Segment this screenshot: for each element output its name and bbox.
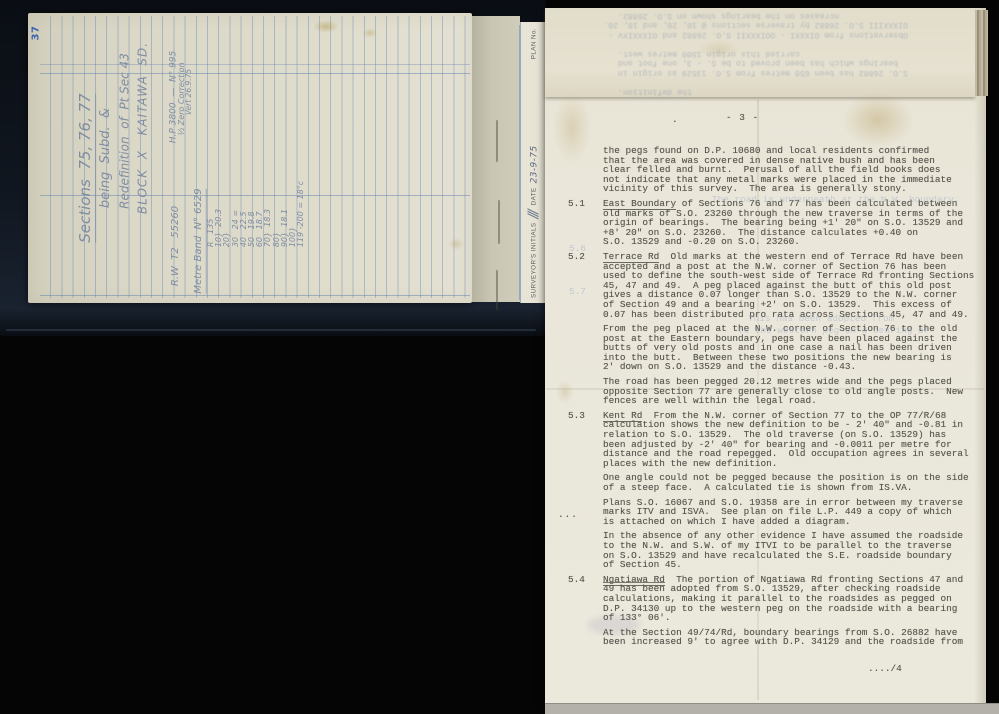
page-stubs bbox=[472, 16, 520, 302]
ghost-margin-number: 5.7 bbox=[569, 286, 586, 297]
flipped-text-line: ncreases on the bearings shown on S.O. 2… bbox=[618, 11, 908, 21]
flipped-text-line: bearings which has been proved to be S. … bbox=[618, 58, 908, 68]
handwritten-title-line-1: Sections 75, 76, 77 bbox=[78, 93, 96, 242]
typed-paragraph: 5.4Ngatiawa Rd The portion of Ngatiawa R… bbox=[568, 575, 988, 623]
typed-line: of a steep face. A calculated tie is sho… bbox=[603, 483, 988, 493]
section-number: 5.3 bbox=[568, 411, 585, 421]
underlying-sheet-edge bbox=[545, 703, 999, 714]
flipped-text-line bbox=[618, 39, 908, 49]
typed-paragraph: the pegs found on D.P. 10680 and local r… bbox=[568, 146, 988, 194]
typed-paragraph: 5.3Kent Rd From the N.W. corner of Secti… bbox=[568, 411, 988, 469]
typed-paragraph: 5.1East Boundary of Sections 76 and 77 h… bbox=[568, 199, 988, 247]
handwritten-title-line-2: being Subd. & bbox=[99, 108, 113, 208]
typed-line: vicinity of this survey. The area is gen… bbox=[603, 184, 988, 194]
section-number: 5.1 bbox=[568, 199, 585, 209]
typed-paragraph: One angle could not be pegged because th… bbox=[568, 473, 988, 492]
typed-line: of Section 45. bbox=[603, 560, 988, 570]
stub-edge bbox=[498, 200, 500, 244]
handwritten-readings-table: R 135 10} 20.3 20} 30 24 = 40 22.5 50 19… bbox=[207, 181, 305, 247]
flipped-text-line bbox=[618, 77, 908, 87]
handwritten-mark-reference: R.W T2 55260 bbox=[171, 206, 182, 286]
typed-paragraph: The road has been pegged 20.12 metres wi… bbox=[568, 377, 988, 406]
page-block-edge bbox=[975, 10, 988, 96]
typed-line: fences are well within the legal road. bbox=[603, 396, 988, 406]
typed-line: is attached on which I have added a diag… bbox=[603, 517, 988, 527]
bleed-through-text: This has been adopted from bbox=[748, 313, 894, 324]
typed-paragraph: At the Section 49/74/Rd, boundary bearin… bbox=[568, 628, 988, 647]
surveyor-initials-label: SURVEYOR'S INITIALS bbox=[531, 222, 538, 298]
flipped-text-line: the definition. bbox=[618, 87, 908, 97]
scanned-archive-spread: 37 Sections 75, 76, 77 being Subd. & Red… bbox=[0, 0, 999, 714]
page-number: 37 bbox=[31, 26, 42, 41]
typed-line: 2' down on S.O. 13529 and the distance -… bbox=[603, 362, 988, 372]
stub-edge bbox=[496, 120, 498, 162]
bleed-through-text: to the western peg on a bearing of bbox=[738, 325, 929, 336]
handwritten-band-reference: Metre Band N° 6529 bbox=[194, 188, 207, 293]
ruled-line-horizontal bbox=[40, 73, 470, 74]
page-header: - 3 - bbox=[726, 113, 759, 123]
flipped-text-line: S.O. 26882 has been 650 metres from S.O.… bbox=[618, 68, 908, 78]
ruled-line-horizontal bbox=[40, 64, 470, 65]
stub-edge bbox=[496, 270, 498, 310]
typed-line: places with the new definition. bbox=[603, 459, 988, 469]
surveyor-strip-text: SURVEYOR'S INITIALS /// DATE 23-9-75 PLA… bbox=[527, 28, 542, 298]
typed-line: S.O. 13529 and -0.20 on S.O. 23260. bbox=[603, 237, 988, 247]
margin-dots: ... bbox=[558, 510, 578, 520]
plan-number-label: PLAN No. bbox=[531, 28, 538, 59]
bleed-through-text: The road is underneath at the N.W. bound… bbox=[712, 194, 960, 205]
typed-line: of 133° 06'. bbox=[603, 613, 988, 623]
typed-line: been increased 9' to agree with D.P. 341… bbox=[603, 637, 988, 647]
page-continuation-mark: ..../4 bbox=[868, 664, 902, 674]
flipped-text-line: carried this origin 1500 metres west. bbox=[618, 49, 908, 59]
flipped-text-line: Observations from OIXXXI - OOIXXXII S.O.… bbox=[618, 30, 908, 40]
ghost-margin-number: 5.6 bbox=[569, 243, 586, 254]
date-label: DATE bbox=[531, 187, 538, 205]
typed-paragraph: In the absence of any other evidence I h… bbox=[568, 531, 988, 569]
surveyor-signature: /// bbox=[527, 211, 542, 218]
flipped-showthrough-text: the definition. S.O. 26882 has been 650 … bbox=[618, 10, 908, 96]
handwritten-title-line-4: BLOCK X KAITAWA SD. bbox=[137, 42, 150, 214]
flipped-text-line: OIXXXIII S.O. 26882 by traverse sections… bbox=[618, 20, 908, 30]
handwritten-title-line-3: Redefinition of Pt Sec 43 bbox=[119, 53, 132, 209]
handwritten-note-3: Vert 26.9.75 bbox=[185, 69, 193, 115]
section-number: 5.4 bbox=[568, 575, 585, 585]
document-body: the pegs found on D.P. 10680 and local r… bbox=[568, 146, 988, 652]
ruled-line-horizontal bbox=[40, 295, 470, 296]
stray-type-dot: . bbox=[672, 115, 678, 125]
date-value: 23-9-75 bbox=[529, 145, 539, 183]
typed-paragraph: 5.2Terrace Rd Old marks at the western e… bbox=[568, 252, 988, 319]
typed-paragraph: Plans S.O. 16067 and S.O. 19358 are in e… bbox=[568, 498, 988, 527]
